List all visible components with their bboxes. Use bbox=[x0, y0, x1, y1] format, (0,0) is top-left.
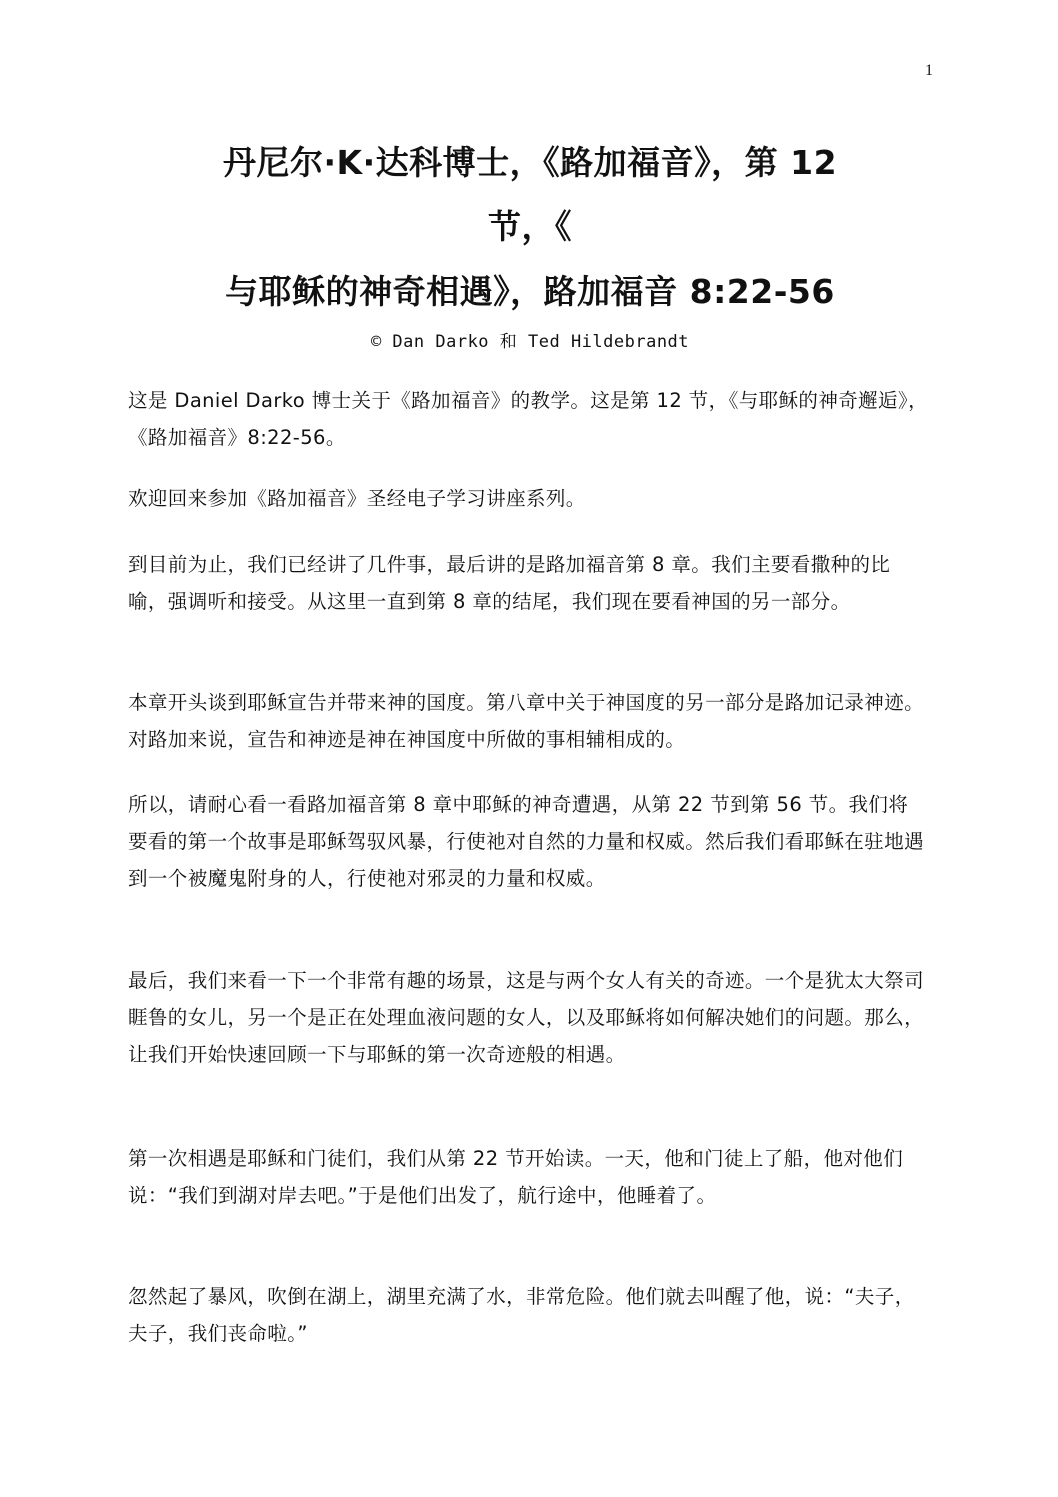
document-title-line-1: 丹尼尔·K·达科博士，《路加福音》，第 12 bbox=[120, 146, 940, 179]
paragraph-storm: 忽然起了暴风，吹倒在湖上，湖里充满了水，非常危险。他们就去叫醒了他，说：“夫子，… bbox=[128, 1278, 928, 1352]
paragraph-welcome: 欢迎回来参加《路加福音》圣经电子学习讲座系列。 bbox=[128, 480, 928, 517]
copyright-line: © Dan Darko 和 Ted Hildebrandt bbox=[120, 327, 940, 352]
paragraph-intro: 这是 Daniel Darko 博士关于《路加福音》的教学。这是第 12 节，《… bbox=[128, 382, 928, 456]
document-title-line-3: 与耶稣的神奇相遇》，路加福音 8:22-56 bbox=[120, 275, 940, 308]
paragraph-first-encounter: 第一次相遇是耶稣和门徒们，我们从第 22 节开始读。一天，他和门徒上了船，他对他… bbox=[128, 1140, 928, 1214]
paragraph-overview: 到目前为止，我们已经讲了几件事，最后讲的是路加福音第 8 章。我们主要看撒种的比… bbox=[128, 546, 928, 620]
page-number: 1 bbox=[925, 62, 933, 80]
paragraph-kingdom: 本章开头谈到耶稣宣告并带来神的国度。第八章中关于神国度的另一部分是路加记录神迹。… bbox=[128, 684, 928, 758]
paragraph-encounters: 所以，请耐心看一看路加福音第 8 章中耶稣的神奇遭遇，从第 22 节到第 56 … bbox=[128, 786, 928, 897]
paragraph-women: 最后，我们来看一下一个非常有趣的场景，这是与两个女人有关的奇迹。一个是犹太大祭司… bbox=[128, 962, 928, 1073]
document-title-line-2: 节，《 bbox=[120, 210, 940, 243]
